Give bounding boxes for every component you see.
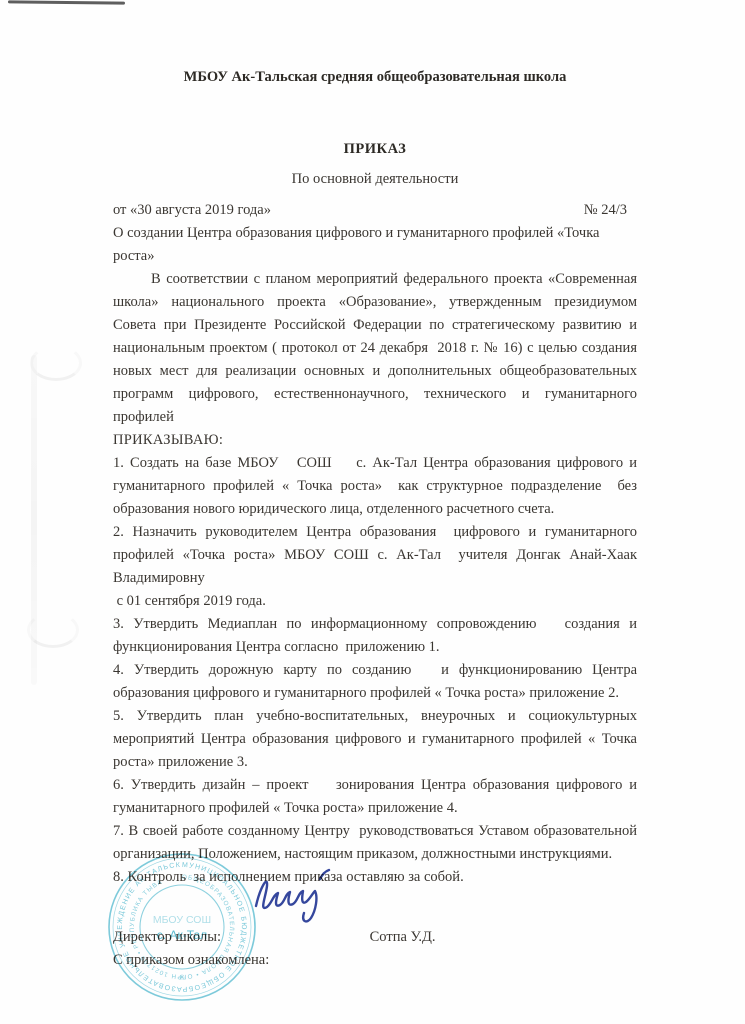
stamp-star: ✳	[179, 973, 186, 982]
document-content: МБОУ Ак-Тальская средняя общеобразовател…	[113, 0, 637, 972]
document-title: ПРИКАЗ	[113, 138, 637, 161]
date-number-row: от «30 августа 2019 года» № 24/3	[113, 199, 637, 222]
signature-stroke	[256, 882, 316, 922]
stamp-inner-ring-text: ОБЩЕОБРАЗОВАТЕЛЬНАЯ ШКОЛА • ОГРН 1021700…	[129, 874, 235, 980]
scan-edge-smudge	[31, 355, 37, 685]
order-item-3: 3. Утвердить Медиаплан по информационном…	[113, 613, 637, 659]
order-item-1: 1. Создать на базе МБОУ СОШ с. Ак-Тал Це…	[113, 452, 637, 521]
hole-punch-mark	[30, 345, 82, 381]
director-signature-handwriting	[250, 866, 340, 928]
order-item-2: 2. Назначить руководителем Центра образо…	[113, 521, 637, 613]
document-subtitle: По основной деятельности	[113, 168, 637, 191]
date-line: от «30 августа 2019 года»	[113, 199, 271, 222]
document-number: № 24/3	[584, 199, 627, 222]
school-round-stamp: МУНИЦИПАЛЬНОЕ БЮДЖЕТНОЕ ОБЩЕОБРАЗОВАТЕЛЬ…	[106, 851, 258, 1003]
stamp-center-line1: МБОУ СОШ	[153, 914, 211, 926]
document-page: МБОУ Ак-Тальская средняя общеобразовател…	[0, 0, 745, 1024]
order-word: ПРИКАЗЫВАЮ:	[113, 429, 637, 452]
scan-artifact-line	[8, 0, 125, 4]
school-name-header: МБОУ Ак-Тальская средняя общеобразовател…	[113, 66, 637, 89]
stamp-center-circle	[140, 885, 224, 969]
order-item-4: 4. Утвердить дорожную карту по созданию …	[113, 659, 637, 705]
subject-line: О создании Центра образования цифрового …	[113, 222, 637, 268]
order-item-6: 6. Утвердить дизайн – проект зонирования…	[113, 774, 637, 820]
order-item-5: 5. Утвердить план учебно-воспитательных,…	[113, 705, 637, 774]
stamp-center-line2: с. Ак-Тал	[157, 928, 207, 942]
director-name: Сотпа У.Д.	[370, 929, 436, 945]
signature-accent-stroke	[320, 870, 329, 879]
intro-paragraph: В соответствии с планом мероприятий феде…	[113, 268, 637, 429]
